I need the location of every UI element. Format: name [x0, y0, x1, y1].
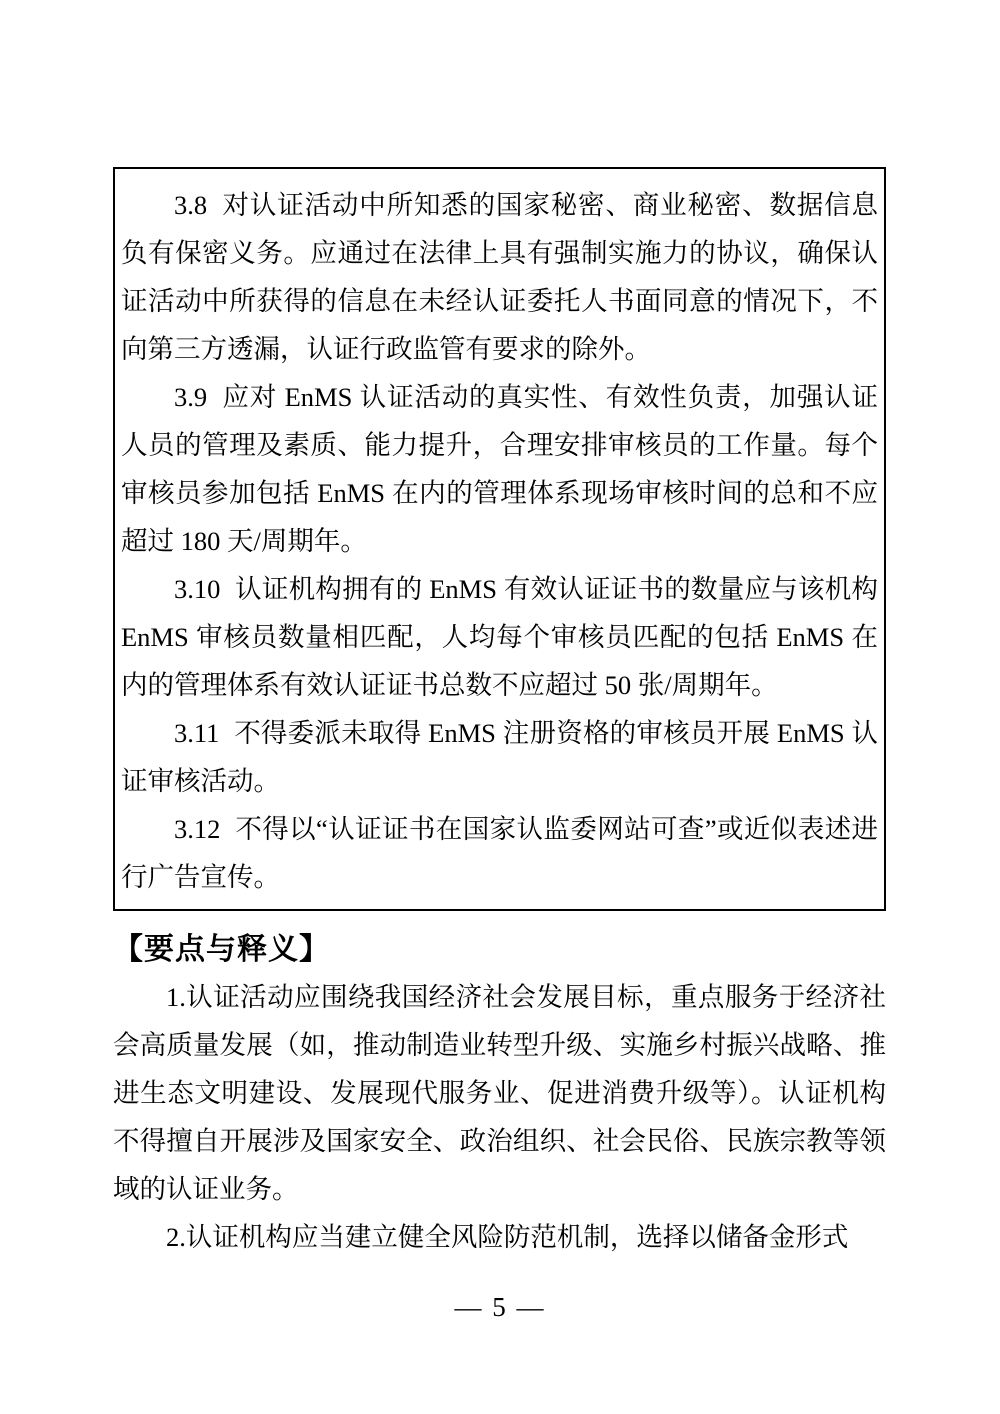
- key-point-paragraph-1: 1.认证活动应围绕我国经济社会发展目标，重点服务于经济社会高质量发展（如，推动制…: [113, 973, 886, 1213]
- page-content: 3.8对认证活动中所知悉的国家秘密、商业秘密、数据信息负有保密义务。应通过在法律…: [113, 167, 886, 1261]
- clause-number: 3.10: [174, 574, 220, 604]
- clause-number: 3.9: [174, 382, 207, 412]
- clause-text: 对认证活动中所知悉的国家秘密、商业秘密、数据信息负有保密义务。应通过在法律上具有…: [121, 190, 878, 364]
- key-points-heading: 【要点与释义】: [113, 927, 886, 973]
- clause-3-11: 3.11不得委派未取得 EnMS 注册资格的审核员开展 EnMS 认证审核活动。: [121, 709, 878, 805]
- clause-3-10: 3.10认证机构拥有的 EnMS 有效认证证书的数量应与该机构 EnMS 审核员…: [121, 565, 878, 709]
- key-points-section: 【要点与释义】 1.认证活动应围绕我国经济社会发展目标，重点服务于经济社会高质量…: [113, 927, 886, 1261]
- clause-number: 3.11: [174, 718, 219, 748]
- clause-text: 应对 EnMS 认证活动的真实性、有效性负责，加强认证人员的管理及素质、能力提升…: [121, 382, 878, 556]
- document-page: 3.8对认证活动中所知悉的国家秘密、商业秘密、数据信息负有保密义务。应通过在法律…: [0, 0, 1000, 1414]
- clause-text: 不得委派未取得 EnMS 注册资格的审核员开展 EnMS 认证审核活动。: [121, 718, 878, 796]
- clause-number: 3.12: [174, 814, 220, 844]
- key-point-paragraph-2: 2.认证机构应当建立健全风险防范机制，选择以储备金形式: [113, 1213, 886, 1261]
- clause-text: 认证机构拥有的 EnMS 有效认证证书的数量应与该机构 EnMS 审核员数量相匹…: [121, 574, 878, 700]
- regulation-box: 3.8对认证活动中所知悉的国家秘密、商业秘密、数据信息负有保密义务。应通过在法律…: [113, 167, 886, 911]
- clause-3-12: 3.12不得以“认证证书在国家认监委网站可查”或近似表述进行广告宣传。: [121, 805, 878, 901]
- clause-3-8: 3.8对认证活动中所知悉的国家秘密、商业秘密、数据信息负有保密义务。应通过在法律…: [121, 181, 878, 373]
- clause-text: 不得以“认证证书在国家认监委网站可查”或近似表述进行广告宣传。: [121, 814, 878, 892]
- clause-number: 3.8: [174, 190, 207, 220]
- page-number: — 5 —: [0, 1292, 1000, 1323]
- clause-3-9: 3.9应对 EnMS 认证活动的真实性、有效性负责，加强认证人员的管理及素质、能…: [121, 373, 878, 565]
